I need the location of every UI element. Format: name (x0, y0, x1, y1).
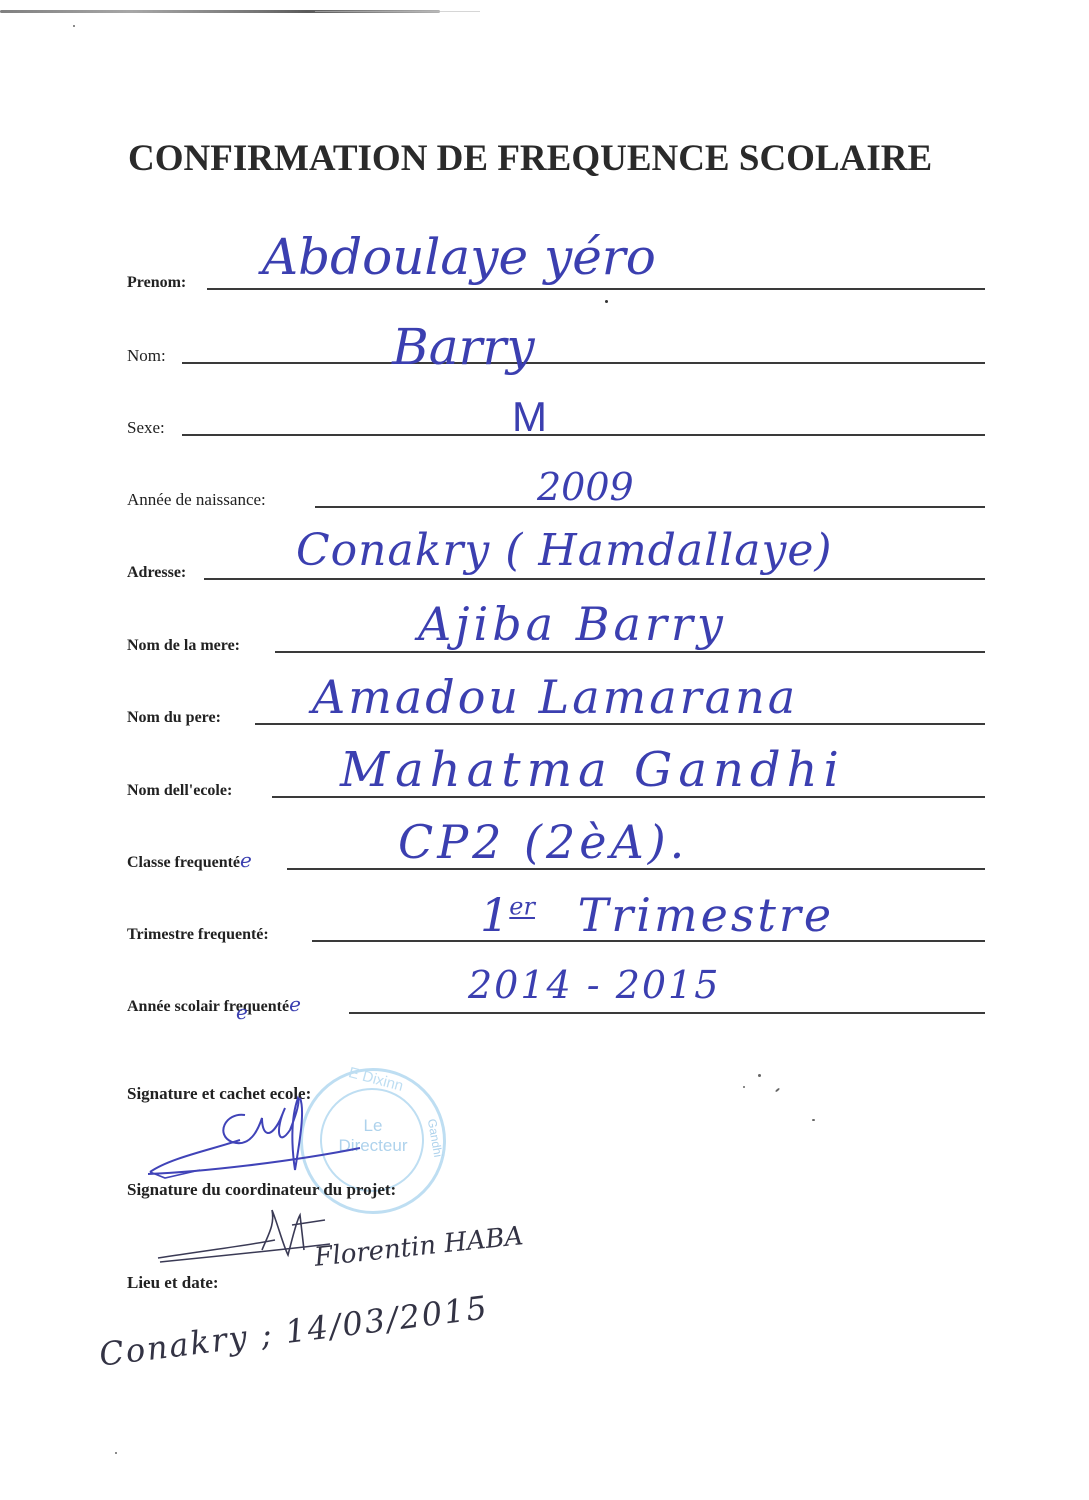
scan-speck (758, 1074, 761, 1077)
scan-speck (115, 1452, 117, 1454)
scan-speck (73, 25, 75, 27)
scan-speck (812, 1119, 815, 1121)
scan-speck (605, 300, 608, 303)
scan-speck (743, 1086, 745, 1088)
coordinator-signature (0, 0, 1089, 1500)
